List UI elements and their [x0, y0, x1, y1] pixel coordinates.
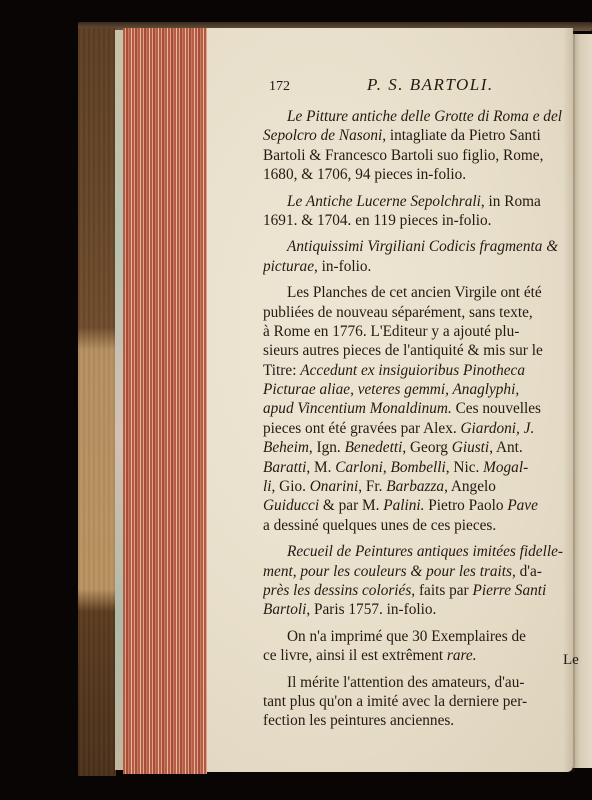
text-line: 1680, & 1706, 94 pieces in-folio.: [263, 165, 575, 184]
text-line: a dessiné quelques unes de ces pieces.: [263, 516, 575, 535]
catchword: Le: [563, 652, 579, 669]
page-header: 172 P. S. BARTOLI.: [263, 77, 575, 101]
red-page-edges: [123, 28, 207, 774]
binding-board: [78, 28, 116, 776]
text-line: Les Planches de cet ancien Virgile ont é…: [263, 283, 575, 302]
entry-pitture-antiche: Le Pitture antiche delle Grotte di Roma …: [263, 107, 575, 185]
text-line: On n'a imprimé que 30 Exemplaires de: [263, 627, 575, 646]
text-line: Antiquissimi Virgiliani Codicis fragment…: [263, 237, 575, 256]
text-line: picturae, in-folio.: [263, 257, 575, 276]
text-line: près les dessins coloriés, faits par Pie…: [263, 581, 575, 600]
text-line: sieurs autres pieces de l'antiquité & mi…: [263, 341, 575, 360]
entry-on-na-imprime: On n'a imprimé que 30 Exemplaires de ce …: [263, 627, 575, 666]
text-line: pieces ont été gravées par Alex. Giardon…: [263, 419, 575, 438]
text-line: Sepolcro de Nasoni, intagliate da Pietro…: [263, 126, 575, 145]
text-line: ce livre, ainsi il est extrêment rare.: [263, 646, 575, 665]
page-number: 172: [269, 77, 290, 96]
text-line: apud Vincentium Monaldinum. Ces nouvelle…: [263, 399, 575, 418]
text-line: Titre: Accedunt ex insiguioribus Pinothe…: [263, 361, 575, 380]
text-line: Le Pitture antiche delle Grotte di Roma …: [263, 107, 575, 126]
entry-il-merite: Il mérite l'attention des amateurs, d'au…: [263, 673, 575, 731]
text-line: fection les peintures anciennes.: [263, 711, 575, 730]
entry-antiche-lucerne: Le Antiche Lucerne Sepolchrali, in Roma …: [263, 192, 575, 231]
page-text: 172 P. S. BARTOLI. Le Pitture antiche de…: [263, 77, 575, 738]
entry-antiquissimi-virgiliani: Antiquissimi Virgiliani Codicis fragment…: [263, 237, 575, 276]
text-line: ment, pour les couleurs & pour les trait…: [263, 562, 575, 581]
entry-les-planches: Les Planches de cet ancien Virgile ont é…: [263, 283, 575, 535]
book-photo: 172 P. S. BARTOLI. Le Pitture antiche de…: [0, 0, 592, 800]
text-line: Beheim, Ign. Benedetti, Georg Giusti, An…: [263, 438, 575, 457]
running-head: P. S. BARTOLI.: [367, 77, 494, 94]
text-line: Baratti, M. Carloni, Bombelli, Nic. Moga…: [263, 458, 575, 477]
text-line: Guiducci & par M. Palini. Pietro Paolo P…: [263, 496, 575, 515]
text-line: à Rome en 1776. L'Editeur y a ajouté plu…: [263, 322, 575, 341]
text-line: Il mérite l'attention des amateurs, d'au…: [263, 673, 575, 692]
text-line: Bartoli, Paris 1757. in-folio.: [263, 600, 575, 619]
entry-recueil-de-peintures: Recueil de Peintures antiques imitées fi…: [263, 542, 575, 620]
text-line: 1691. & 1704. en 119 pieces in-folio.: [263, 211, 575, 230]
text-line: li, Gio. Onarini, Fr. Barbazza, Angelo: [263, 477, 575, 496]
text-line: publiées de nouveau séparément, sans tex…: [263, 303, 575, 322]
marbled-endpaper-edge: [115, 30, 123, 770]
text-line: Bartoli & Francesco Bartoli suo figlio, …: [263, 146, 575, 165]
text-line: Picturae aliae, veteres gemmi, Anaglyphi…: [263, 380, 575, 399]
text-line: Recueil de Peintures antiques imitées fi…: [263, 542, 575, 561]
text-line: tant plus qu'on a imité avec la derniere…: [263, 692, 575, 711]
text-line: Le Antiche Lucerne Sepolchrali, in Roma: [263, 192, 575, 211]
